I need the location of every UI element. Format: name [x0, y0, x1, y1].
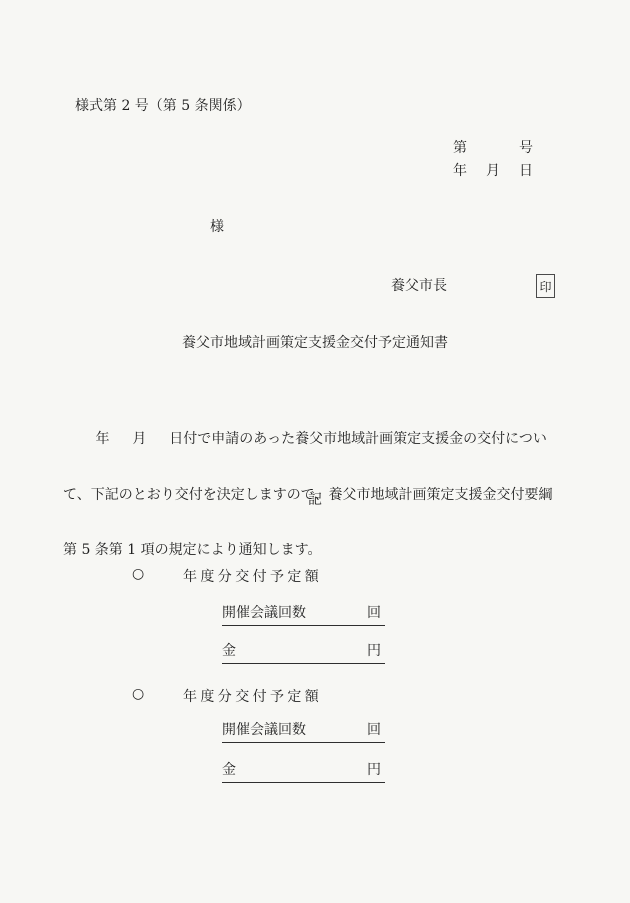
form-number-label: 様式第 2 号（第 5 条関係） [75, 95, 251, 115]
document-page: 様式第 2 号（第 5 条関係） 第 号 年 月 日 様 養父市長 印 養父市地… [0, 0, 630, 903]
item-bullet: ○ [132, 566, 144, 582]
seal-box: 印 [536, 274, 555, 298]
addressee-honorific: 様 [210, 216, 224, 236]
meetings-field: 開催会議回数 回 [222, 605, 385, 626]
date-line: 年 月 日 [453, 160, 533, 180]
amount-label: 金 [222, 643, 236, 659]
meetings-field: 開催会議回数 回 [222, 722, 385, 743]
doc-number-suffix: 号 [519, 137, 533, 157]
item-bullet: ○ [132, 686, 144, 702]
body-line-3: 第 5 条第 1 項の規定により通知します。 [63, 541, 575, 560]
body-line-1: 年 月 日付で申請のあった養父市地域計画策定支援金の交付につい [63, 430, 575, 449]
amount-field: 金 円 [222, 762, 385, 783]
sender-name: 養父市長 [391, 275, 447, 295]
doc-number-line: 第 号 [453, 137, 533, 157]
document-title: 養父市地域計画策定支援金交付予定通知書 [0, 332, 630, 352]
doc-number-prefix: 第 [453, 137, 467, 157]
amount-field: 金 円 [222, 643, 385, 664]
amount-label: 金 [222, 762, 236, 778]
year-label: 年 [453, 160, 467, 180]
amount-unit: 円 [367, 643, 385, 659]
meetings-label: 開催会議回数 [222, 605, 306, 621]
item-label: 年度分交付予定額 [183, 566, 322, 586]
month-label: 月 [486, 160, 500, 180]
ki-marker: 記 [0, 489, 630, 509]
meetings-unit: 回 [367, 605, 385, 621]
seal-stamp: 印 [539, 278, 551, 295]
meetings-unit: 回 [367, 722, 385, 738]
day-label: 日 [519, 160, 533, 180]
item-label: 年度分交付予定額 [183, 686, 322, 706]
meetings-label: 開催会議回数 [222, 722, 306, 738]
amount-unit: 円 [367, 762, 385, 778]
